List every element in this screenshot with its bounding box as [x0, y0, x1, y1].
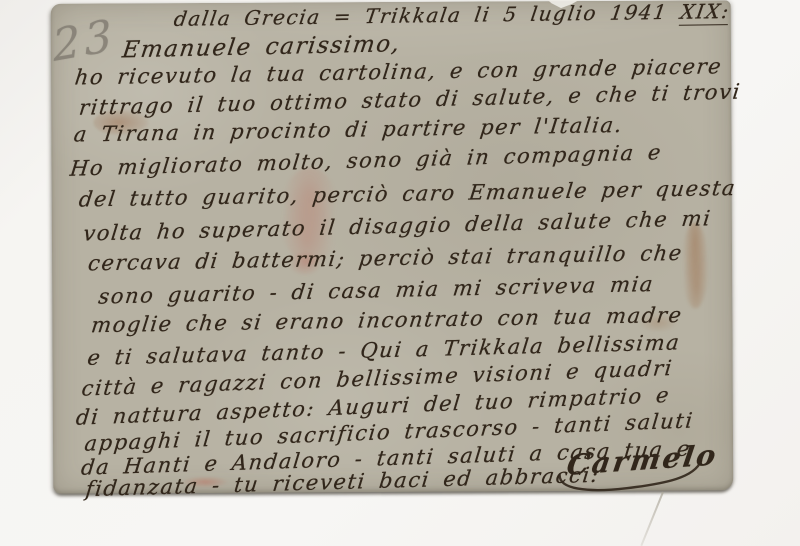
dateline-era: XIX:: [678, 0, 731, 26]
pencil-number: 23: [51, 10, 118, 72]
body-line: Ho migliorato molto, sono già in compagn…: [69, 140, 664, 181]
body-line: volta ho superato il disaggio della salu…: [82, 206, 713, 245]
paper-crease-line: [640, 492, 664, 546]
dateline-text: dalla Grecia = Trikkala li 5 luglio 1941: [172, 0, 682, 31]
body-line: sono guarito - di casa mia mi scriveva m…: [97, 272, 655, 309]
salutation: Emanuele carissimo,: [121, 31, 403, 63]
handwriting-block: 23 dalla Grecia = Trikkala li 5 luglio 1…: [48, 0, 736, 498]
dateline: dalla Grecia = Trikkala li 5 luglio 1941…: [172, 0, 731, 31]
postcard: 23 dalla Grecia = Trikkala li 5 luglio 1…: [51, 0, 734, 494]
body-line: cercava di battermi; perciò stai tranqui…: [87, 241, 685, 275]
body-line: del tutto guarito, perciò caro Emanuele …: [78, 176, 738, 212]
body-line: a Tirana in procinto di partire per l'It…: [73, 113, 625, 147]
